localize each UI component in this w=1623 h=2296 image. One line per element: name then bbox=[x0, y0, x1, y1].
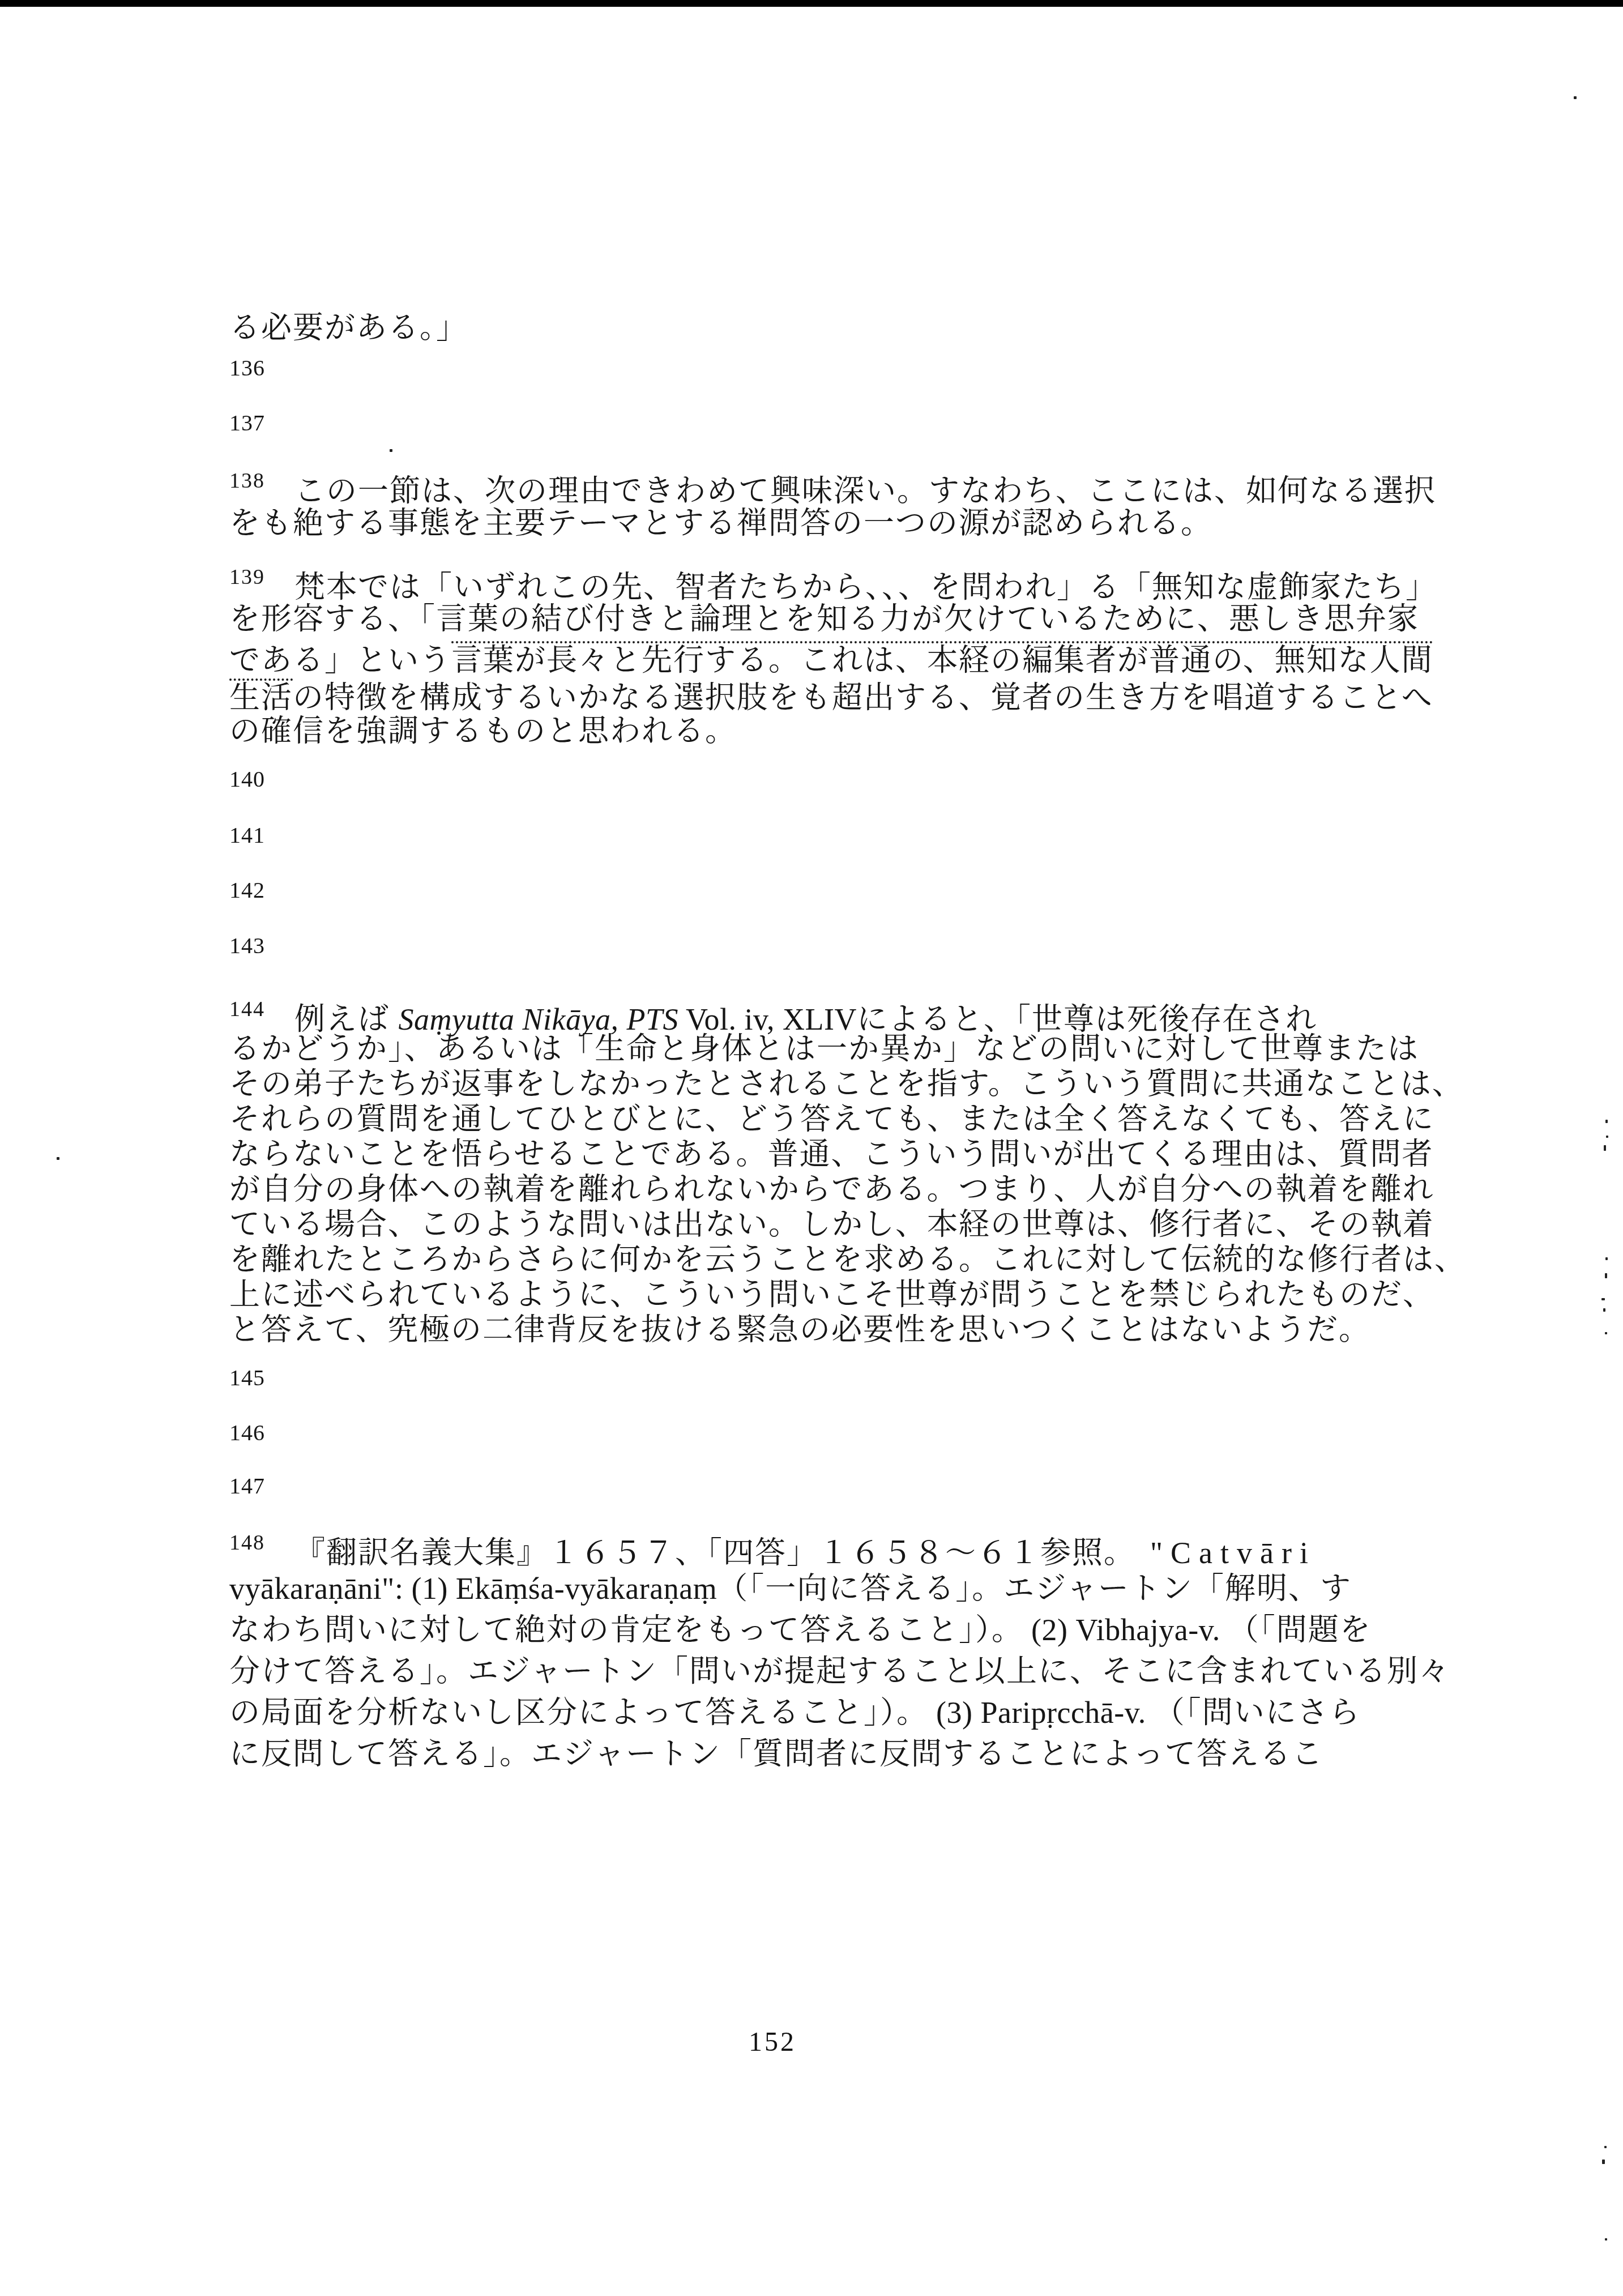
footnote-141-number: 141 bbox=[229, 822, 265, 848]
footnote-139-text: の特徴を構成するいかなる選択肢をも超出する、覚者の生き方を唱道することへ bbox=[293, 681, 1433, 715]
footnote-148-text: （「一向に答える」。エジャートン「解明、す bbox=[717, 1572, 1352, 1606]
footnote-144-text: それらの質問を通してひとびとに、どう答えても、または全く答えなくても、答えに bbox=[229, 1102, 1434, 1136]
footnote-144-line-4: それらの質問を通してひとびとに、どう答えても、または全く答えなくても、答えに bbox=[229, 1104, 1434, 1134]
footnote-148-text: に反問して答える」。エジャートン「質問者に反問することによって答えるこ bbox=[229, 1737, 1323, 1771]
footnote-139-text: を形容する、「言葉の結び付きと論理とを知る力が欠けているために、悪しき思弁家 bbox=[229, 602, 1419, 636]
footnote-139-text: の確信を強調するものと思われる。 bbox=[229, 714, 737, 748]
footnote-144-line-1: 144例えば Saṃyutta Nikāya, PTS Vol. iv, XLI… bbox=[229, 998, 1317, 1035]
footnote-144-line-8: を離れたところからさらに何かを云うことを求める。これに対して伝統的な修行者は、 bbox=[229, 1244, 1466, 1275]
footnote-146-number: 146 bbox=[229, 1420, 265, 1445]
footnote-144-text: と答えて、究極の二律背反を抜ける緊急の必要性を思いつくことはないようだ。 bbox=[229, 1313, 1370, 1347]
footnote-148-sanskrit-term: (3) Paripṛcchā-v. bbox=[928, 1696, 1154, 1730]
footnote-148-text: （「問いにさら bbox=[1154, 1696, 1361, 1730]
footnote-139-text: である」という bbox=[229, 643, 451, 677]
footnote-139-text: 梵本では「いずれこの先、智者たちから、、、を問われ」る「無知な虚飾家たち」 bbox=[294, 570, 1437, 604]
footnote-147: 147 bbox=[229, 1475, 265, 1497]
scan-speckle bbox=[1602, 2160, 1605, 2164]
footnote-148-sanskrit-term: "Catvāri bbox=[1150, 1536, 1316, 1570]
footnote-144-line-3: その弟子たちが返事をしなかったとされることを指す。こういう質問に共通なことは、 bbox=[229, 1069, 1464, 1099]
footnote-143-number: 143 bbox=[229, 933, 265, 958]
footnote-143: 143 bbox=[229, 934, 265, 957]
footnote-139-line-5: の確信を強調するものと思われる。 bbox=[229, 716, 737, 746]
footnote-144-text: 上に述べられているように、こういう問いこそ世尊が問うことを禁じられたものだ、 bbox=[229, 1278, 1434, 1312]
footnote-144-text: ならないことを悟らせることである。普通、こういう問いが出てくる理由は、質問者 bbox=[229, 1137, 1433, 1171]
footnote-144-line-10: と答えて、究極の二律背反を抜ける緊急の必要性を思いつくことはないようだ。 bbox=[229, 1315, 1370, 1345]
footnote-138-marker: 138 bbox=[229, 470, 265, 492]
footnote-148-sanskrit-term: (2) Vibhajya-v. bbox=[1023, 1613, 1228, 1647]
footnote-144-line-7: ている場合、このような問いは出ない。しかし、本経の世尊は、修行者に、その執着 bbox=[229, 1209, 1434, 1240]
footnote-144-text: その弟子たちが返事をしなかったとされることを指す。こういう質問に共通なことは、 bbox=[229, 1067, 1464, 1101]
scanned-page: { "doc": { "page_number": "152", "contin… bbox=[0, 0, 1623, 2296]
scan-speckle bbox=[1604, 2146, 1607, 2148]
footnote-139-line-4: 生活の特徴を構成するいかなる選択肢をも超出する、覚者の生き方を唱道することへ bbox=[229, 678, 1433, 713]
scan-speckle bbox=[1606, 1136, 1608, 1138]
footnote-148-text: （「問題を bbox=[1228, 1613, 1372, 1647]
footnote-144-line-6: が自分の身体への執着を離れられないからである。つまり、人が自分への執着を離れ bbox=[229, 1174, 1434, 1205]
scan-speckle bbox=[1604, 1145, 1606, 1151]
scan-speckle bbox=[1605, 1273, 1607, 1278]
footnote-144-text: を離れたところからさらに何かを云うことを求める。これに対して伝統的な修行者は、 bbox=[229, 1243, 1466, 1277]
footnote-139-line-2: を形容する、「言葉の結び付きと論理とを知る力が欠けているために、悪しき思弁家 bbox=[229, 604, 1419, 634]
footnote-142: 142 bbox=[229, 879, 265, 902]
footnote-138-line-2: をも絶する事態を主要テーマとする禅問答の一つの源が認められる。 bbox=[229, 508, 1212, 539]
footnote-148-line-2: vyākaraṇāni": (1) Ekāṃśa-vyākaraṇaṃ（「一向に… bbox=[229, 1573, 1352, 1604]
page-number: 152 bbox=[749, 2026, 796, 2058]
continuation-text: る必要がある。」 bbox=[229, 311, 468, 345]
footnote-144-line-9: 上に述べられているように、こういう問いこそ世尊が問うことを禁じられたものだ、 bbox=[229, 1279, 1434, 1310]
footnote-148-line-1: 148『翻訳名義大集』１６５７、「四答」１６５８～６１参照。"Catvāri bbox=[229, 1532, 1316, 1568]
scan-edge-bar bbox=[0, 0, 1623, 7]
footnote-140: 140 bbox=[229, 768, 265, 791]
footnote-136-number: 136 bbox=[229, 355, 265, 381]
scan-speckle bbox=[390, 449, 392, 452]
footnote-148-text: 『翻訳名義大集』１６５７、「四答」１６５８～６１参照。 bbox=[294, 1536, 1135, 1570]
footnote-144-line-2: るかどうか」、あるいは「生命と身体とは一か異か」などの問いに対して世尊または bbox=[229, 1034, 1419, 1064]
footnote-146: 146 bbox=[229, 1422, 265, 1444]
scan-speckle bbox=[1603, 1308, 1605, 1312]
footnote-148-marker: 148 bbox=[229, 1532, 265, 1554]
footnote-144-text: が自分の身体への執着を離れられないからである。つまり、人が自分への執着を離れ bbox=[229, 1172, 1434, 1206]
scan-speckle bbox=[1605, 2238, 1607, 2240]
footnote-144-line-5: ならないことを悟らせることである。普通、こういう問いが出てくる理由は、質問者 bbox=[229, 1139, 1433, 1170]
footnote-148-sanskrit-term: vyākaraṇāni": (1) Ekāṃśa-vyākaraṇaṃ bbox=[229, 1572, 717, 1606]
footnote-141: 141 bbox=[229, 824, 265, 847]
scan-speckle bbox=[1605, 1120, 1608, 1123]
footnote-144-text: ている場合、このような問いは出ない。しかし、本経の世尊は、修行者に、その執着 bbox=[229, 1207, 1434, 1241]
footnote-144-source-ref: Vol. iv, XLIV bbox=[678, 1002, 857, 1036]
footnote-145: 145 bbox=[229, 1367, 265, 1389]
footnote-144-source-title: Saṃyutta Nikāya, PTS bbox=[399, 1002, 678, 1036]
footnote-136: 136 bbox=[229, 357, 265, 379]
footnote-148-text: 分けて答える」。エジャートン「問いが提起すること以上に、そこに含まれている別々 bbox=[229, 1654, 1450, 1688]
footnote-144-marker: 144 bbox=[229, 998, 265, 1020]
footnote-137-number: 137 bbox=[229, 410, 265, 436]
footnote-139-emphasized-text: 生活 bbox=[229, 678, 293, 713]
footnote-148-text: の局面を分析ないし区分によって答えること」）。 bbox=[229, 1696, 928, 1730]
footnote-145-number: 145 bbox=[229, 1365, 265, 1390]
footnote-139-line-3: である」という言葉が長々と先行する。これは、本経の編集者が普通の、無知な人間 bbox=[229, 641, 1433, 676]
footnote-138-line-1: 138この一節は、次の理由できわめて興味深い。すなわち、ここには、如何なる選択 bbox=[229, 470, 1436, 506]
footnote-140-number: 140 bbox=[229, 766, 265, 792]
footnote-144-text: によると、「世尊は死後存在され bbox=[857, 1002, 1317, 1036]
footnote-148-line-4: 分けて答える」。エジャートン「問いが提起すること以上に、そこに含まれている別々 bbox=[229, 1656, 1450, 1687]
footnote-148-line-5: の局面を分析ないし区分によって答えること」）。 (3) Paripṛcchā-v… bbox=[229, 1697, 1361, 1728]
footnote-144-text: 例えば bbox=[294, 1002, 399, 1036]
footnote-144-text: るかどうか」、あるいは「生命と身体とは一か異か」などの問いに対して世尊または bbox=[229, 1032, 1419, 1066]
scan-speckle bbox=[1605, 1257, 1608, 1260]
footnote-138-text: この一節は、次の理由できわめて興味深い。すなわち、ここには、如何なる選択 bbox=[294, 474, 1436, 508]
footnote-147-number: 147 bbox=[229, 1473, 265, 1499]
scan-speckle bbox=[1605, 1332, 1607, 1334]
footnote-139-emphasized-text: 言葉が長々と先行する。これは、本経の編集者が普通の、無知な人間 bbox=[451, 641, 1433, 676]
footnote-139-marker: 139 bbox=[229, 566, 265, 588]
footnote-138-text: をも絶する事態を主要テーマとする禅問答の一つの源が認められる。 bbox=[229, 506, 1212, 540]
scan-speckle bbox=[1574, 96, 1577, 99]
continuation-line: る必要がある。」 bbox=[229, 313, 468, 343]
scan-speckle bbox=[1601, 1298, 1605, 1300]
footnote-148-text: なわち問いに対して絶対の肯定をもって答えること」）。 bbox=[229, 1613, 1023, 1647]
footnote-139-line-1: 139梵本では「いずれこの先、智者たちから、、、を問われ」る「無知な虚飾家たち」 bbox=[229, 566, 1437, 603]
footnote-148-line-6: に反問して答える」。エジャートン「質問者に反問することによって答えるこ bbox=[229, 1739, 1323, 1769]
footnote-142-number: 142 bbox=[229, 877, 265, 903]
footnote-148-line-3: なわち問いに対して絶対の肯定をもって答えること」）。 (2) Vibhajya-… bbox=[229, 1615, 1372, 1645]
scan-speckle bbox=[57, 1157, 59, 1160]
footnote-137: 137 bbox=[229, 412, 265, 434]
